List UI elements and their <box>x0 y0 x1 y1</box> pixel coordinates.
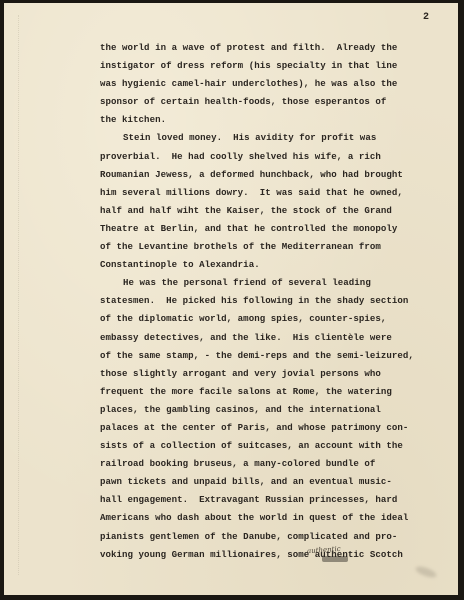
page-number: 2 <box>423 12 429 23</box>
text-line: palaces at the center of Paris, and whos… <box>100 419 430 437</box>
typescript-body: the world in a wave of protest and filth… <box>100 39 430 564</box>
text-line: statesmen. He picked his following in th… <box>100 292 430 310</box>
text-line: of the Levantine brothels of the Mediter… <box>100 238 430 256</box>
bleed-through-marks <box>18 15 29 575</box>
text-line: pawn tickets and unpaid bills, and an ev… <box>100 473 430 491</box>
text-line: Theatre at Berlin, and that he controlle… <box>100 220 430 238</box>
text-line: voking young German millionaires, some a… <box>100 546 430 564</box>
text-line: was hygienic camel-hair underclothes), h… <box>100 75 430 93</box>
paragraph-start-line: He was the personal friend of several le… <box>100 274 430 292</box>
text-line: of the diplomatic world, among spies, co… <box>100 310 430 328</box>
text-line: instigator of dress reform (his specialt… <box>100 57 430 75</box>
text-line: Roumanian Jewess, a deformed hunchback, … <box>100 166 430 184</box>
text-line: railroad booking bruseus, a many-colored… <box>100 455 430 473</box>
strikethrough-mark <box>322 556 348 562</box>
text-line: the world in a wave of protest and filth… <box>100 39 430 57</box>
text-line: Constantinople to Alexandria. <box>100 256 430 274</box>
text-line: sponsor of certain health-foods, those e… <box>100 93 430 111</box>
paragraph-start-line: Stein loved money. His avidity for profi… <box>100 129 430 147</box>
text-line: of the same stamp, - the demi-reps and t… <box>100 347 430 365</box>
text-line: frequent the more facile salons at Rome,… <box>100 383 430 401</box>
text-line: hall engagement. Extravagant Russian pri… <box>100 491 430 509</box>
text-line: sists of a collection of suitcases, an a… <box>100 437 430 455</box>
text-line: him several millions dowry. It was said … <box>100 184 430 202</box>
text-line: places, the gambling casinos, and the in… <box>100 401 430 419</box>
text-line: those slightly arrogant and very jovial … <box>100 365 430 383</box>
text-line: the kitchen. <box>100 111 430 129</box>
text-line: proverbial. He had coolly shelved his wi… <box>100 148 430 166</box>
text-line: embassy detectives, and the like. His cl… <box>100 329 430 347</box>
typescript-page: 2 the world in a wave of protest and fil… <box>4 3 458 595</box>
ink-smudge <box>414 564 437 579</box>
text-line: Americans who dash about the world in qu… <box>100 509 430 527</box>
text-line: pianists gentlemen of the Danube, compli… <box>100 528 430 546</box>
text-line: half and half wiht the Kaiser, the stock… <box>100 202 430 220</box>
